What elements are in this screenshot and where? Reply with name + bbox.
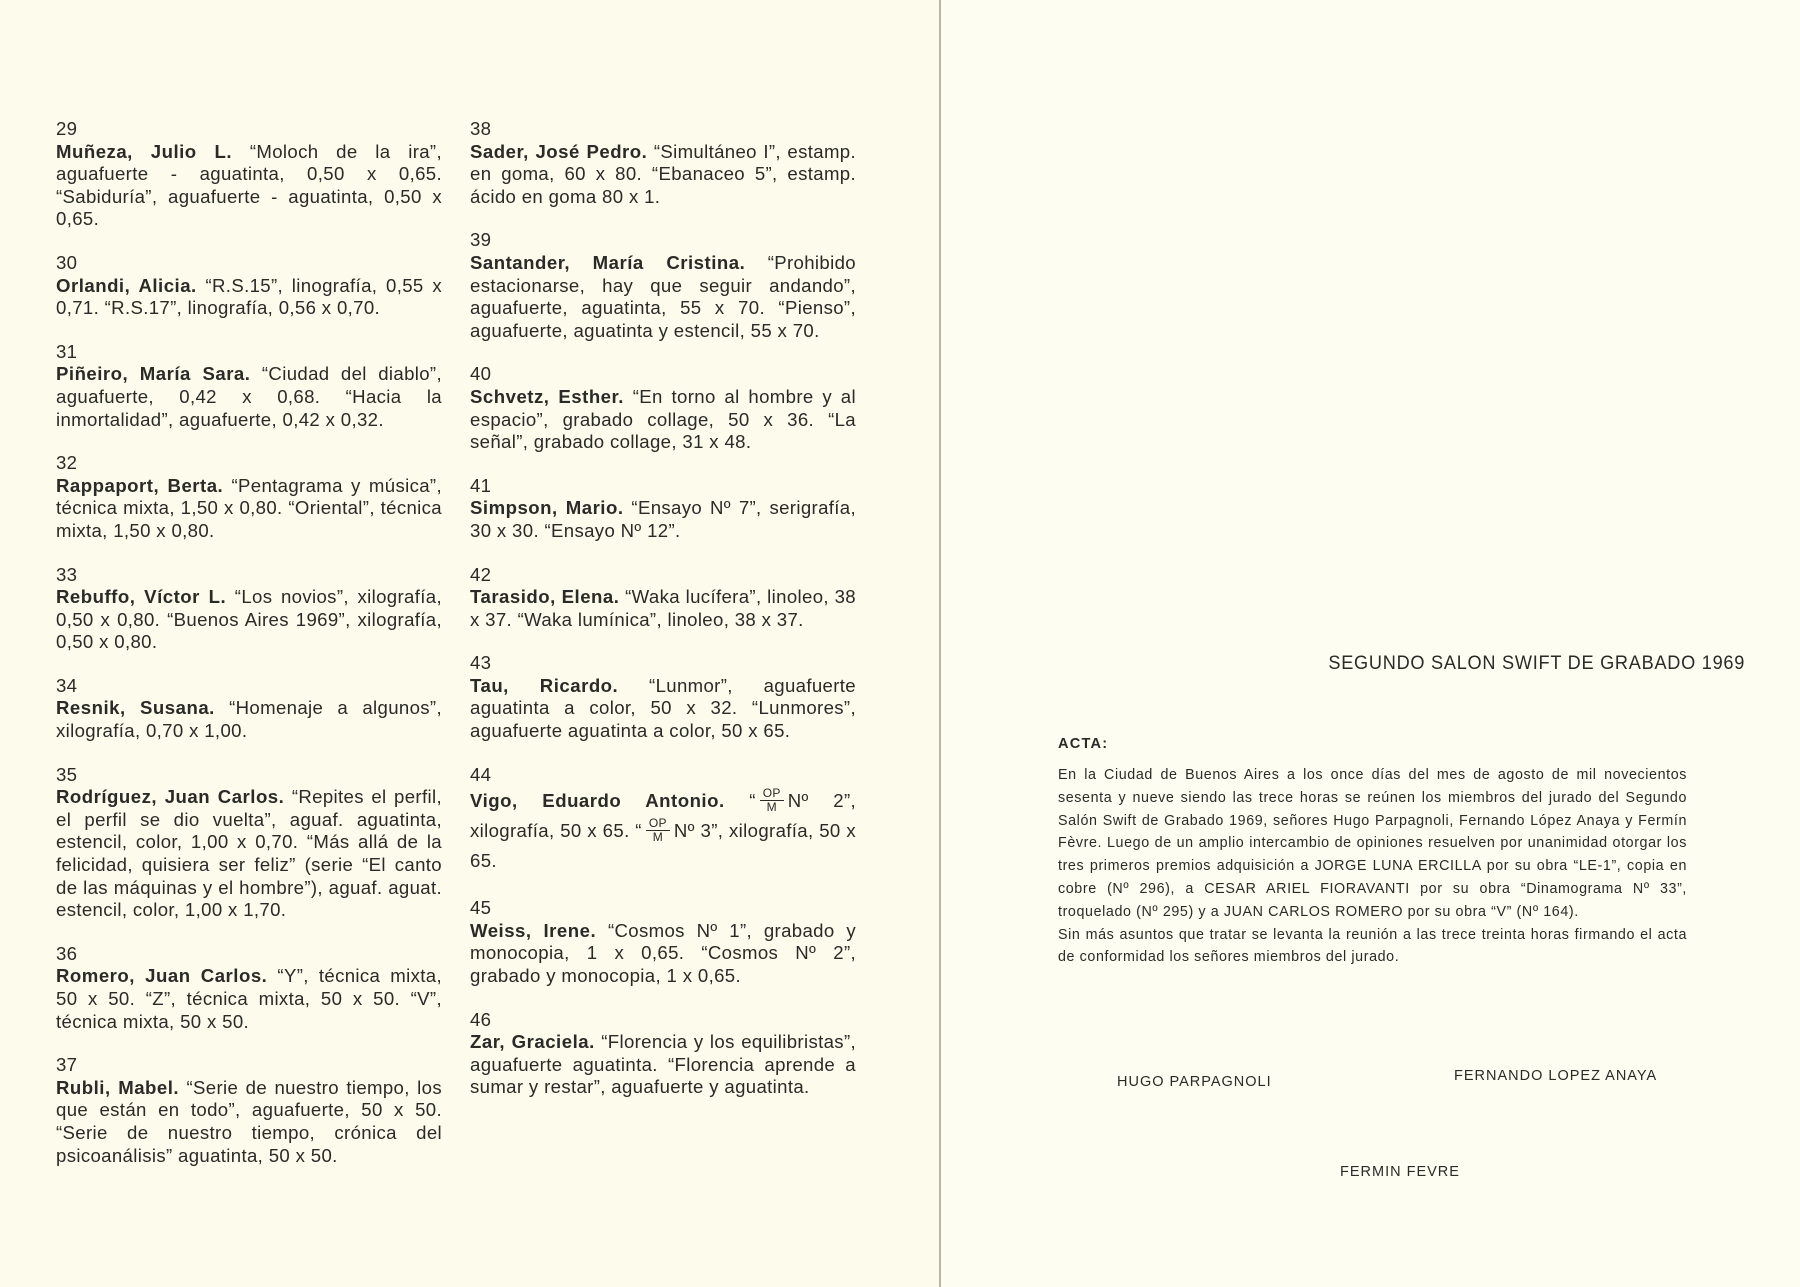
catalog-entry: 44Vigo, Eduardo Antonio. “OPMNº 2”, xilo…: [470, 764, 856, 877]
artist-name: Sader, José Pedro.: [470, 141, 647, 162]
catalog-entry: 29Muñeza, Julio L. “Moloch de la ira”, a…: [56, 118, 442, 231]
catalog-entry: 34Resnik, Susana. “Homenaje a algunos”, …: [56, 675, 442, 743]
fraction-title: OPM: [760, 787, 784, 814]
artist-name: Tau, Ricardo.: [470, 675, 618, 696]
entry-number: 40: [470, 363, 856, 386]
artist-name: Piñeiro, María Sara.: [56, 363, 250, 384]
entry-number: 33: [56, 564, 442, 587]
entry-description: Piñeiro, María Sara. “Ciudad del diablo”…: [56, 363, 442, 431]
entry-description: Santander, María Cristina. “Prohibido es…: [470, 252, 856, 342]
entry-description: Rodríguez, Juan Carlos. “Repites el perf…: [56, 786, 442, 922]
signature-fermin-fevre: FERMIN FEVRE: [1340, 1164, 1460, 1180]
catalog-entry: 37Rubli, Mabel. “Serie de nuestro tiempo…: [56, 1054, 442, 1167]
entry-number: 37: [56, 1054, 442, 1077]
artist-name: Muñeza, Julio L.: [56, 141, 232, 162]
entry-number: 41: [470, 475, 856, 498]
entry-number: 46: [470, 1009, 856, 1032]
entry-number: 35: [56, 764, 442, 787]
fraction-denominator: M: [646, 831, 670, 844]
entry-number: 34: [56, 675, 442, 698]
catalog-entry: 30Orlandi, Alicia. “R.S.15”, linografía,…: [56, 252, 442, 320]
catalog-entry: 41Simpson, Mario. “Ensayo Nº 7”, serigra…: [470, 475, 856, 543]
entry-description: Rebuffo, Víctor L. “Los novios”, xilogra…: [56, 586, 442, 654]
entry-number: 32: [56, 452, 442, 475]
artist-name: Rubli, Mabel.: [56, 1077, 179, 1098]
fraction-denominator: M: [760, 801, 784, 814]
artist-name: Vigo, Eduardo Antonio.: [470, 790, 725, 811]
catalog-entry: 42Tarasido, Elena. “Waka lucífera”, lino…: [470, 564, 856, 632]
fraction-numerator: OP: [646, 817, 670, 831]
signature-fernando-lopez-anaya: FERNANDO LOPEZ ANAYA: [1454, 1068, 1657, 1084]
catalog-entry: 35Rodríguez, Juan Carlos. “Repites el pe…: [56, 764, 442, 922]
entry-number: 30: [56, 252, 442, 275]
entry-description: Rubli, Mabel. “Serie de nuestro tiempo, …: [56, 1077, 442, 1167]
artist-name: Simpson, Mario.: [470, 497, 624, 518]
entry-number: 31: [56, 341, 442, 364]
entry-description: Romero, Juan Carlos. “Y”, técnica mixta,…: [56, 965, 442, 1033]
artist-name: Rappaport, Berta.: [56, 475, 223, 496]
entry-description: Vigo, Eduardo Antonio. “OPMNº 2”, xilogr…: [470, 786, 856, 876]
acta-body: En la Ciudad de Buenos Aires a los once …: [1058, 764, 1687, 969]
entry-description: Tarasido, Elena. “Waka lucífera”, linole…: [470, 586, 856, 631]
entry-number: 36: [56, 943, 442, 966]
entry-description: Sader, José Pedro. “Simultáneo I”, estam…: [470, 141, 856, 209]
work-text: “: [749, 790, 756, 811]
acta-heading: ACTA:: [1058, 736, 1108, 752]
artist-name: Weiss, Irene.: [470, 920, 596, 941]
catalog-entry: 38Sader, José Pedro. “Simultáneo I”, est…: [470, 118, 856, 208]
artist-name: Zar, Graciela.: [470, 1031, 595, 1052]
entry-number: 44: [470, 764, 856, 787]
catalog-entry: 33Rebuffo, Víctor L. “Los novios”, xilog…: [56, 564, 442, 654]
entry-number: 29: [56, 118, 442, 141]
page-title: SEGUNDO SALON SWIFT DE GRABADO 1969: [1328, 652, 1745, 675]
artist-name: Rodríguez, Juan Carlos.: [56, 786, 284, 807]
entry-number: 43: [470, 652, 856, 675]
artist-name: Santander, María Cristina.: [470, 252, 745, 273]
entry-description: Resnik, Susana. “Homenaje a algunos”, xi…: [56, 697, 442, 742]
entry-description: Schvetz, Esther. “En torno al hombre y a…: [470, 386, 856, 454]
artist-name: Tarasido, Elena.: [470, 586, 619, 607]
acta-paragraph: En la Ciudad de Buenos Aires a los once …: [1058, 764, 1687, 924]
catalog-entry: 43Tau, Ricardo. “Lunmor”, aguafuerte agu…: [470, 652, 856, 742]
entry-description: Zar, Graciela. “Florencia y los equilibr…: [470, 1031, 856, 1099]
catalog-entry: 45Weiss, Irene. “Cosmos Nº 1”, grabado y…: [470, 897, 856, 987]
catalog-entry: 31Piñeiro, María Sara. “Ciudad del diabl…: [56, 341, 442, 431]
entry-description: Tau, Ricardo. “Lunmor”, aguafuerte aguat…: [470, 675, 856, 743]
artist-name: Romero, Juan Carlos.: [56, 965, 267, 986]
catalog-entry: 32Rappaport, Berta. “Pentagrama y música…: [56, 452, 442, 542]
entry-description: Rappaport, Berta. “Pentagrama y música”,…: [56, 475, 442, 543]
catalog-entry: 40Schvetz, Esther. “En torno al hombre y…: [470, 363, 856, 453]
entry-description: Weiss, Irene. “Cosmos Nº 1”, grabado y m…: [470, 920, 856, 988]
catalog-column-1: 29Muñeza, Julio L. “Moloch de la ira”, a…: [56, 118, 442, 1188]
artist-name: Orlandi, Alicia.: [56, 275, 197, 296]
fraction-title: OPM: [646, 817, 670, 844]
left-page: 29Muñeza, Julio L. “Moloch de la ira”, a…: [0, 0, 940, 1287]
catalog-entry: 39Santander, María Cristina. “Prohibido …: [470, 229, 856, 342]
catalog-column-2: 38Sader, José Pedro. “Simultáneo I”, est…: [470, 118, 856, 1120]
entry-number: 38: [470, 118, 856, 141]
entry-number: 39: [470, 229, 856, 252]
artist-name: Rebuffo, Víctor L.: [56, 586, 226, 607]
entry-description: Muñeza, Julio L. “Moloch de la ira”, agu…: [56, 141, 442, 231]
signature-hugo-parpagnoli: HUGO PARPAGNOLI: [1117, 1074, 1272, 1090]
artist-name: Schvetz, Esther.: [470, 386, 624, 407]
entry-number: 45: [470, 897, 856, 920]
artist-name: Resnik, Susana.: [56, 697, 215, 718]
entry-description: Simpson, Mario. “Ensayo Nº 7”, serigrafí…: [470, 497, 856, 542]
catalog-entry: 36Romero, Juan Carlos. “Y”, técnica mixt…: [56, 943, 442, 1033]
right-page: SEGUNDO SALON SWIFT DE GRABADO 1969 ACTA…: [941, 0, 1800, 1287]
fraction-numerator: OP: [760, 787, 784, 801]
catalog-entry: 46Zar, Graciela. “Florencia y los equili…: [470, 1009, 856, 1099]
entry-number: 42: [470, 564, 856, 587]
entry-description: Orlandi, Alicia. “R.S.15”, linografía, 0…: [56, 275, 442, 320]
acta-paragraph: Sin más asuntos que tratar se levanta la…: [1058, 924, 1687, 970]
